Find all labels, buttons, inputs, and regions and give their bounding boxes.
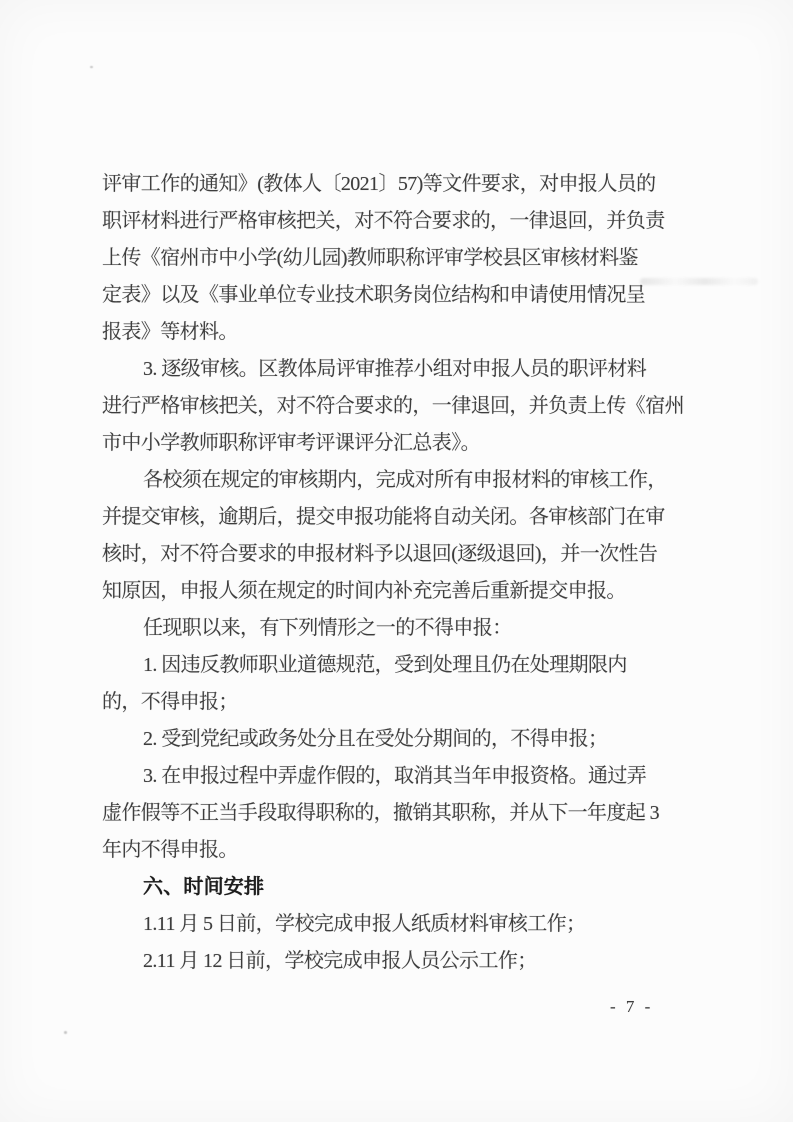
text-line: 的，不得申报； [102,684,677,721]
document-body: 评审工作的通知》(教体人〔2021〕57)等文件要求，对申报人员的职评材料进行严… [102,166,677,980]
text-line: 市中小学教师职称评审考评课评分汇总表》。 [102,425,677,462]
scan-speck-artifact [64,1031,67,1034]
section-heading: 六、时间安排 [102,869,677,906]
text-line: 并提交审核，逾期后，提交申报功能将自动关闭。各审核部门在审 [102,499,677,536]
text-line: 2. 受到党纪或政务处分且在受处分期间的，不得申报； [102,721,677,758]
text-line: 任现职以来，有下列情形之一的不得申报： [102,610,677,647]
scan-smudge-artifact [640,278,758,285]
page-number: - 7 - [610,997,653,1017]
text-line: 核时，对不符合要求的申报材料予以退回(逐级退回)，并一次性告 [102,536,677,573]
text-line: 报表》等材料。 [102,314,677,351]
text-line: 3. 在申报过程中弄虚作假的，取消其当年申报资格。通过弄 [102,758,677,795]
text-line: 进行严格审核把关，对不符合要求的，一律退回，并负责上传《宿州 [102,388,677,425]
text-line: 3. 逐级审核。区教体局评审推荐小组对申报人员的职评材料 [102,351,677,388]
text-line: 年内不得申报。 [102,832,677,869]
text-line: 评审工作的通知》(教体人〔2021〕57)等文件要求，对申报人员的 [102,166,677,203]
text-line: 定表》以及《事业单位专业技术职务岗位结构和申请使用情况呈 [102,277,677,314]
text-line: 知原因，申报人须在规定的时间内补充完善后重新提交申报。 [102,573,677,610]
text-line: 2.11 月 12 日前，学校完成申报人员公示工作； [102,943,677,980]
text-line: 各校须在规定的审核期内，完成对所有申报材料的审核工作， [102,462,677,499]
text-line: 职评材料进行严格审核把关，对不符合要求的，一律退回，并负责 [102,203,677,240]
scanned-document-page: 评审工作的通知》(教体人〔2021〕57)等文件要求，对申报人员的职评材料进行严… [0,0,793,1122]
text-line: 1.11 月 5 日前，学校完成申报人纸质材料审核工作； [102,906,677,943]
text-line: 1. 因违反教师职业道德规范，受到处理且仍在处理期限内 [102,647,677,684]
scan-speck-artifact [90,66,93,68]
text-line: 上传《宿州市中小学(幼儿园)教师职称评审学校县区审核材料鉴 [102,240,677,277]
text-line: 虚作假等不正当手段取得职称的，撤销其职称，并从下一年度起 3 [102,795,677,832]
